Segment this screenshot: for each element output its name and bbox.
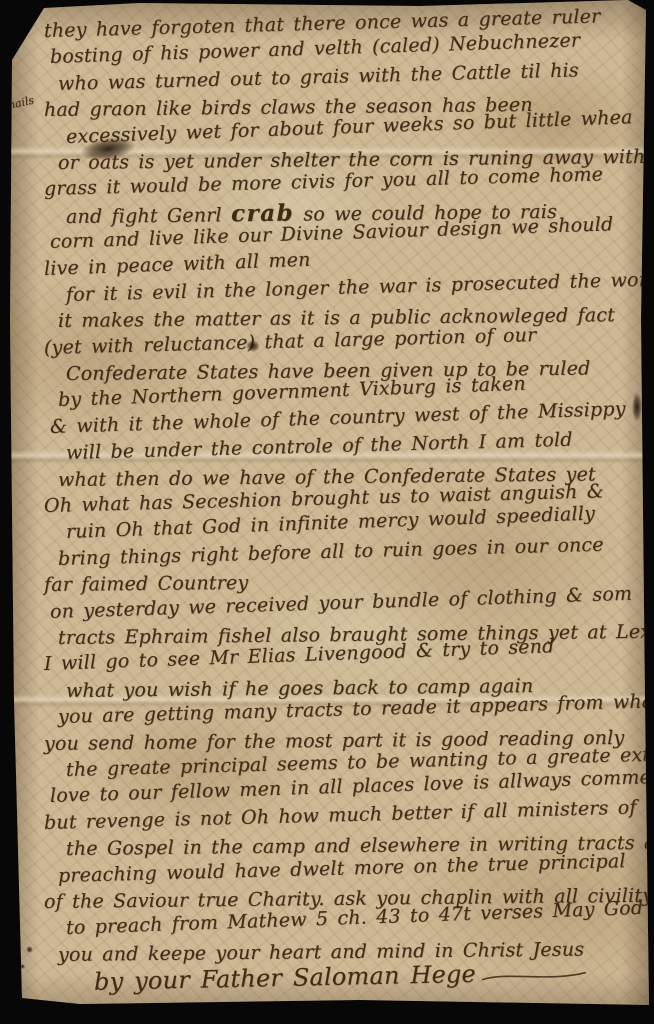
ink-smudge: [632, 392, 642, 422]
ink-speck: [20, 964, 25, 969]
signature-flourish: [480, 968, 590, 984]
ink-speck: [26, 946, 33, 953]
letter-text: they have forgoten that there once was a…: [40, 18, 644, 996]
margin-note-nails: nails: [5, 88, 36, 120]
ink-spot: [246, 340, 260, 352]
letter-paper: they have forgoten that there once was a…: [0, 0, 654, 1024]
letter-scan: they have forgoten that there once was a…: [0, 0, 654, 1024]
